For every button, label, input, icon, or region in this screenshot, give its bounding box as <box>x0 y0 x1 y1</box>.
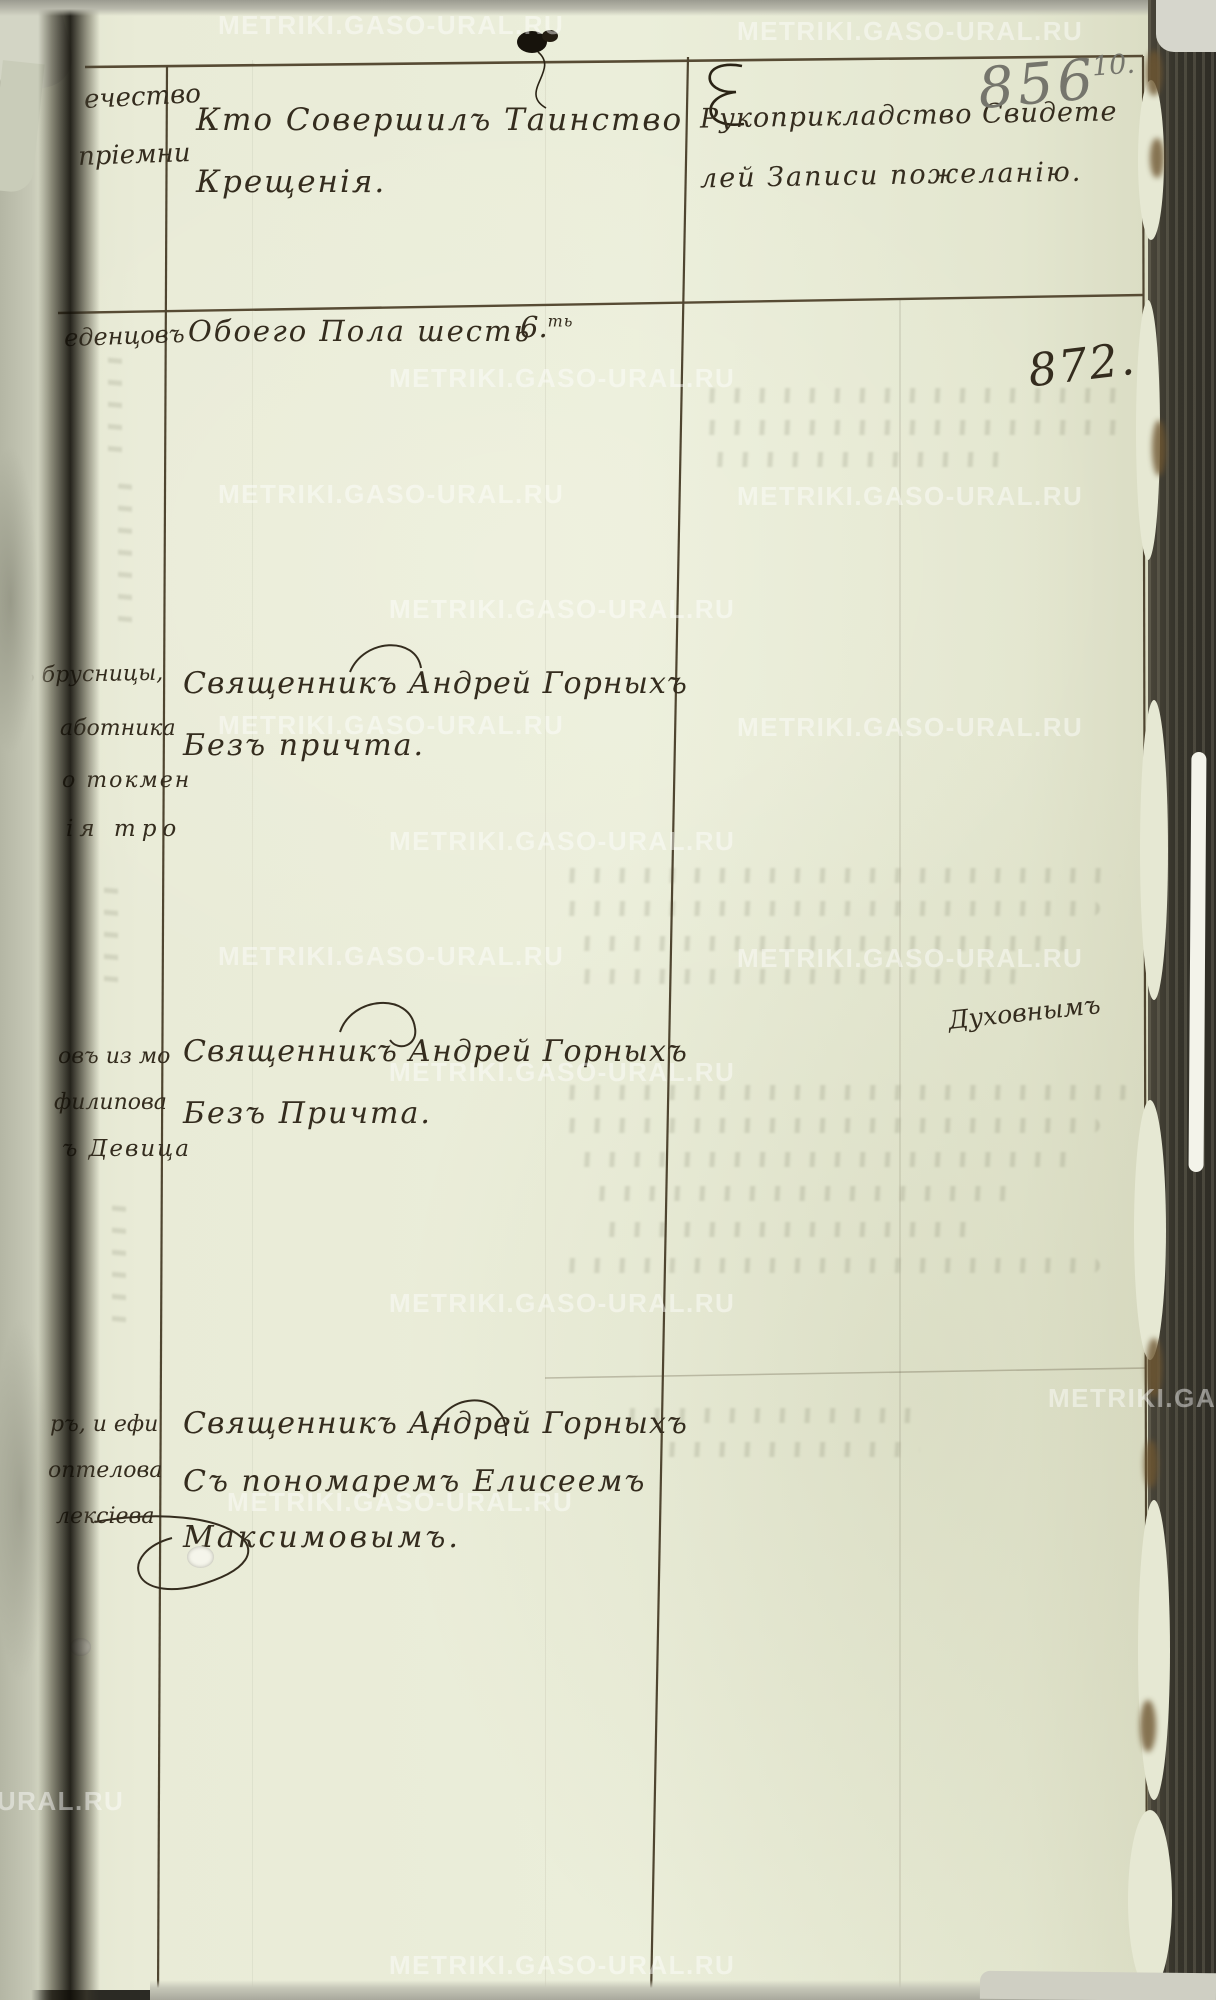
singed-edge-spot <box>1140 1700 1156 1752</box>
watermark-tile: METRIKI.GASO-URAL.RU <box>389 826 735 857</box>
watermark-tile: METRIKI.GASO-URAL.RU <box>218 479 564 510</box>
page-number-pencil: 856 <box>975 47 1099 122</box>
row1-count-suffix: ть <box>548 311 574 330</box>
torn-right-edge <box>1140 700 1168 1000</box>
watermark-tile: METRIKI.GASO-URAL.RU <box>737 943 1083 974</box>
row2-middle-line1: Священникъ Андрей Горныхъ <box>183 666 688 701</box>
watermark-tile: METRIKI.GASO-URAL.RU <box>218 710 564 741</box>
row1-middle: Обоего Пола шесть <box>188 314 531 348</box>
watermark-tile: METRIKI.GASO-URAL.RU <box>0 1786 124 1817</box>
scanned-page: ечество пріемни Кто Совершилъ Таинство К… <box>0 0 1216 2000</box>
watermark-tile: METRIKI.GASO-URAL.RU <box>389 1057 735 1088</box>
watermark-tile: METRIKI.GASO-URAL.RU <box>389 363 735 394</box>
singed-edge-spot <box>1146 50 1162 96</box>
row1-count: 6.ть <box>520 310 573 344</box>
table-rule-vertical-2 <box>651 57 688 1998</box>
torn-bottom-corner <box>980 1971 1216 2000</box>
watermark-tile: METRIKI.GASO-URAL.RU <box>737 16 1083 47</box>
watermark-tile: METRIKI.GASO-URAL.RU <box>389 1950 735 1981</box>
watermark-tile: METRIKI.GASO-URAL.RU <box>218 941 564 972</box>
header-godparents-line1: ечество <box>83 79 201 115</box>
torn-right-edge <box>1138 1500 1170 1800</box>
next-page-sliver <box>1189 752 1207 1172</box>
watermark-tile: METRIKI.GASO-URAL.RU <box>737 481 1083 512</box>
watermark-tile: METRIKI.GASO-URAL.RU <box>389 594 735 625</box>
binding-gutter-shadow <box>38 0 100 2000</box>
row1-count-number: 6. <box>520 310 548 344</box>
singed-edge-spot <box>1150 138 1164 178</box>
table-rule-header-bottom <box>58 295 1143 313</box>
singed-edge-spot <box>1152 420 1166 476</box>
table-rule-vertical-1 <box>158 66 167 1998</box>
watermark-tile: METRIKI.GASO-URAL.RU <box>737 712 1083 743</box>
ink-flourish <box>536 52 546 108</box>
header-priest-line1: Кто Совершилъ Таинство <box>196 102 683 138</box>
watermark-tile: METRIKI.GASO-URAL.RU <box>389 1288 735 1319</box>
row4-middle-line3: Максимовымъ. <box>183 1520 461 1555</box>
watermark-tile: METRIKI.GASO-URAL.RU <box>218 10 564 41</box>
torn-top-right-corner <box>1156 0 1216 52</box>
row3-middle-line2: Безъ Причта. <box>183 1096 432 1131</box>
watermark-tile: METRIKI.GASO-URAL.RU <box>1048 1383 1216 1414</box>
header-priest-line2: Крещенія. <box>196 164 386 200</box>
row4-middle-line1: Священникъ Андрей Горныхъ <box>183 1406 688 1441</box>
watermark-tile: METRIKI.GASO-URAL.RU <box>227 1487 573 1518</box>
singed-edge-spot <box>1144 1440 1158 1488</box>
torn-right-edge <box>1128 1810 1172 1990</box>
torn-top-edge <box>0 0 1216 16</box>
sheet-number-pencil: 10. <box>1091 49 1136 83</box>
table-rule-faint <box>545 1368 1145 1378</box>
torn-right-edge <box>1134 1100 1166 1360</box>
punch-hole <box>187 1546 214 1568</box>
